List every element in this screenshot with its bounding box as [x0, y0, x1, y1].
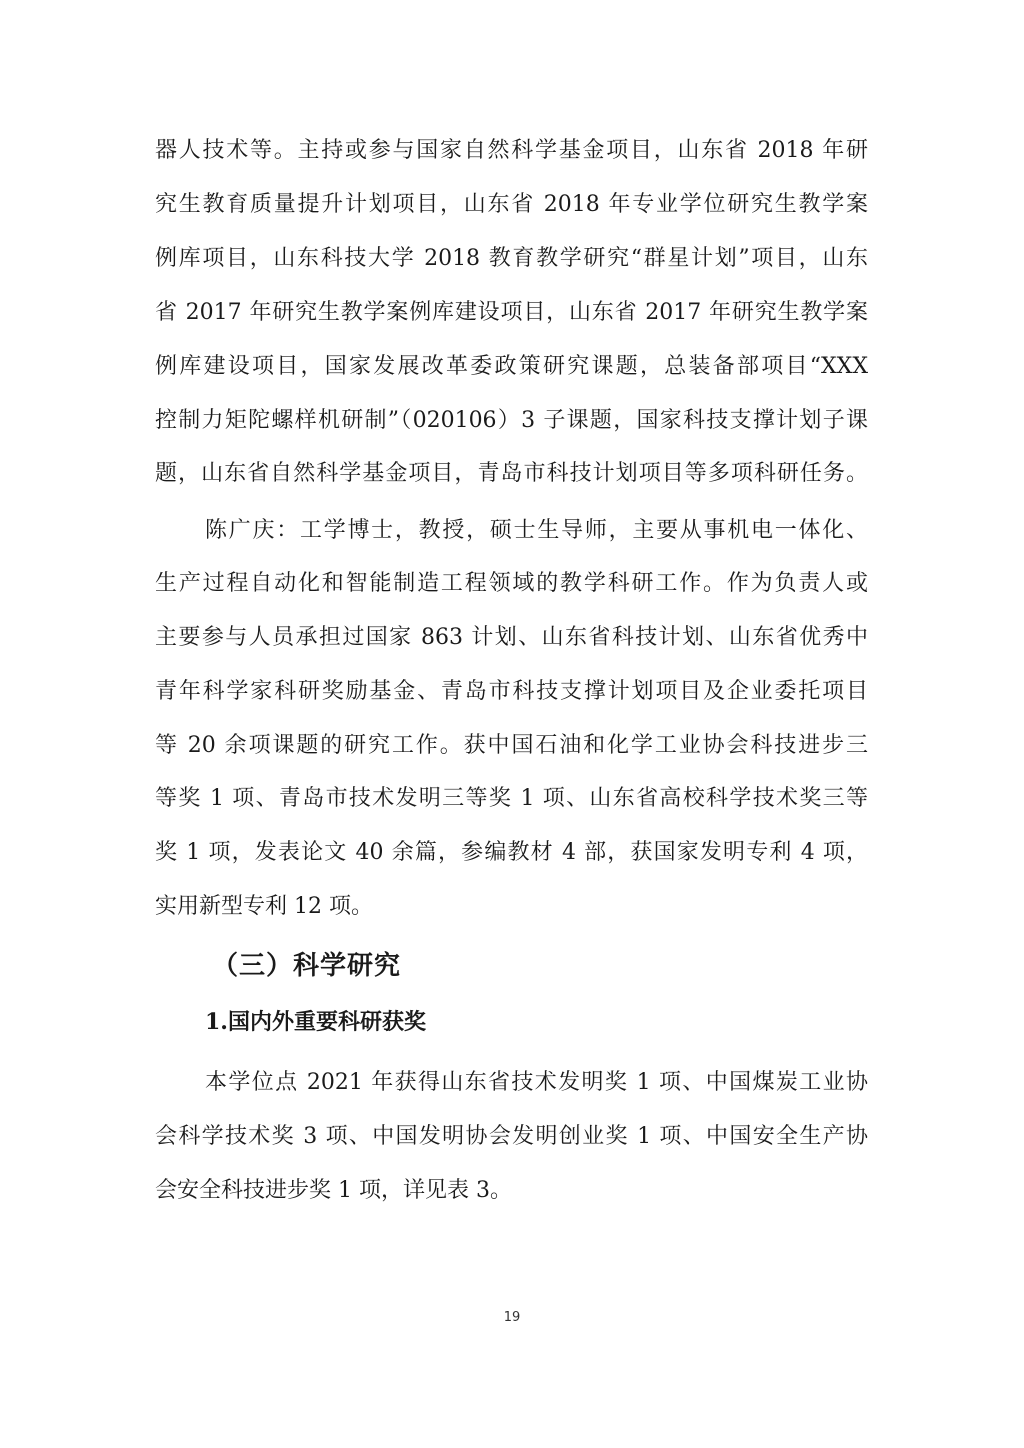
subsection-heading: 1.国内外重要科研获奖: [205, 1005, 426, 1039]
text-line: 省 2017 年研究生教学案例库建设项目，山东省 2017 年研究生教学案: [155, 296, 868, 330]
text-line: 控制力矩陀螺样机研制”（020106）3 子课题，国家科技支撑计划子课: [155, 404, 868, 438]
text-line: 主要参与人员承担过国家 863 计划、山东省科技计划、山东省优秀中: [155, 621, 868, 655]
text-line: 实用新型专利 12 项。: [155, 890, 868, 924]
text-line: 等 20 余项课题的研究工作。获中国石油和化学工业协会科技进步三: [155, 729, 868, 763]
text-line: 题，山东省自然科学基金项目，青岛市科技计划项目等多项科研任务。: [155, 457, 868, 491]
text-line: 本学位点 2021 年获得山东省技术发明奖 1 项、中国煤炭工业协: [205, 1066, 868, 1100]
document-page: 器人技术等。主持或参与国家自然科学基金项目，山东省 2018 年研 究生教育质量…: [0, 0, 1024, 1448]
text-line: 奖 1 项，发表论文 40 余篇，参编教材 4 部，获国家发明专利 4 项，: [155, 836, 868, 870]
page-number: 19: [0, 1310, 1024, 1325]
text-line: 生产过程自动化和智能制造工程领域的教学科研工作。作为负责人或: [155, 567, 868, 601]
text-line: 会科学技术奖 3 项、中国发明协会发明创业奖 1 项、中国安全生产协: [155, 1120, 868, 1154]
section-heading: （三）科学研究: [212, 948, 401, 984]
text-line: 例库项目，山东科技大学 2018 教育教学研究“群星计划”项目，山东: [155, 242, 868, 276]
text-line: 青年科学家科研奖励基金、青岛市科技支撑计划项目及企业委托项目: [155, 675, 868, 709]
text-line: 会安全科技进步奖 1 项，详见表 3。: [155, 1174, 868, 1208]
text-line: 陈广庆：工学博士，教授，硕士生导师，主要从事机电一体化、: [205, 514, 868, 548]
text-line: 等奖 1 项、青岛市技术发明三等奖 1 项、山东省高校科学技术奖三等: [155, 782, 868, 816]
text-line: 究生教育质量提升计划项目，山东省 2018 年专业学位研究生教学案: [155, 188, 868, 222]
text-line: 器人技术等。主持或参与国家自然科学基金项目，山东省 2018 年研: [155, 134, 868, 168]
text-line: 例库建设项目，国家发展改革委政策研究课题，总装备部项目“XXX: [155, 350, 868, 384]
